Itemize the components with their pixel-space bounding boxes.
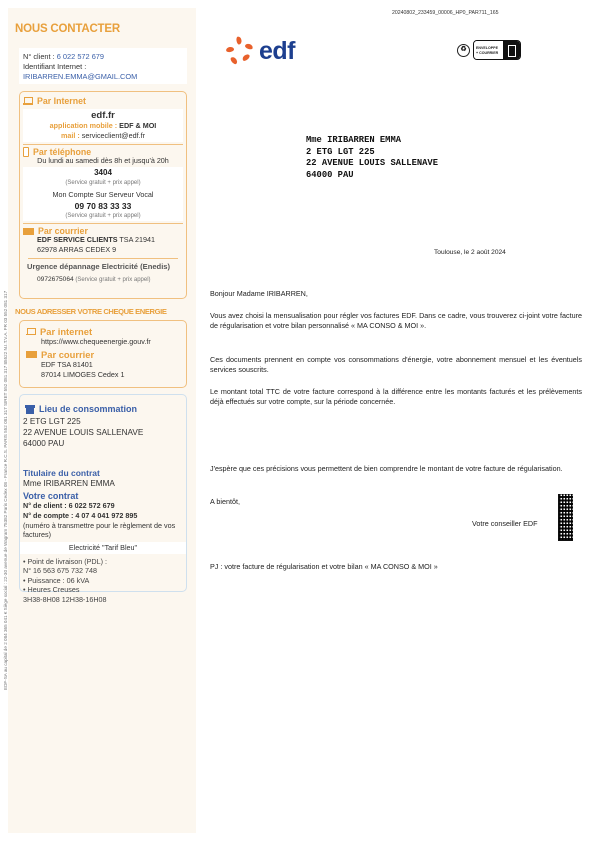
recycling-badge: ♻ ENVELOPPE+ COURRIER	[457, 40, 521, 60]
phone-note-2: (Service gratuit + prix appel)	[23, 212, 183, 221]
tariff-offer: Electricité "Tarif Bleu"	[20, 542, 186, 554]
courrier-tsa: TSA 21941	[118, 235, 155, 244]
pdl-value: N° 16 563 675 732 748	[23, 566, 183, 575]
pdl-label: • Point de livraison (PDL) :	[23, 557, 183, 566]
mail-link[interactable]: serviceclient@edf.fr	[82, 131, 145, 140]
par-internet-heading: Par Internet	[23, 96, 183, 106]
place-date: Toulouse, le 2 août 2024	[434, 249, 506, 256]
edf-logo: EDF	[225, 37, 295, 66]
mail-label: mail :	[61, 131, 82, 140]
internet-id-label: Identifiant Internet :	[23, 62, 183, 72]
cheque-energie-title: NOUS ADRESSER VOTRE CHEQUE ENERGIE	[15, 307, 167, 316]
app-name: EDF & MOI	[119, 121, 156, 130]
closing: A bientôt,	[210, 497, 582, 507]
recycle-text-1: ENVELOPPE	[476, 46, 501, 51]
courrier-recipient: EDF SERVICE CLIENTS	[37, 235, 118, 244]
phone-note-1: (Service gratuit + prix appel)	[23, 179, 183, 188]
laptop-icon	[23, 97, 33, 105]
urgence-number[interactable]: 0972675064	[37, 276, 74, 283]
internet-id: IRIBARREN.EMMA@GMAIL.COM	[23, 72, 183, 82]
attachment-note: PJ : votre facture de régularisation et …	[210, 562, 582, 572]
phone-hours: Du lundi au samedi dès 8h et jusqu'à 20h	[23, 156, 183, 166]
par-internet-title: Par Internet	[37, 96, 86, 106]
consommation-line-3: 64000 PAU	[23, 438, 183, 449]
contact-channels-box: Par Internet edf.fr application mobile :…	[19, 91, 187, 299]
house-icon	[25, 405, 35, 414]
cheque-courrier-line-1: EDF TSA 81401	[41, 360, 180, 370]
paragraph-1: Vous avez choisi la mensualisation pour …	[210, 311, 582, 331]
edf-logo-mark-icon	[225, 38, 255, 66]
cheque-courrier-heading: Par courrier	[26, 349, 180, 360]
paragraph-4: J'espère que ces précisions vous permett…	[210, 464, 582, 474]
client-info-box: N° client : 6 022 572 679 Identifiant In…	[19, 48, 187, 84]
recipient-line-2: 2 ETG LGT 225	[306, 147, 438, 159]
contract-info-box: Lieu de consommation 2 ETG LGT 225 22 AV…	[19, 394, 187, 592]
phone-number-vocal[interactable]: 09 70 83 33 33	[23, 201, 183, 212]
cheque-courrier-line-2: 87014 LIMOGES Cedex 1	[41, 370, 180, 380]
mail-icon	[23, 228, 34, 235]
phone-icon	[23, 147, 29, 157]
heures-creuses-value: 3H38-8H08 12H38-16H08	[23, 595, 183, 604]
edf-logo-text: EDF	[259, 37, 295, 66]
consommation-title: Lieu de consommation	[39, 404, 137, 414]
recipient-name: Mme IRIBARREN EMMA	[306, 135, 438, 147]
holder-name: Mme IRIBARREN EMMA	[23, 478, 183, 489]
cheque-internet-title: Par internet	[40, 326, 92, 337]
contract-client-number: N° de client : 6 022 572 679	[23, 501, 183, 511]
paragraph-3: Le montant total TTC de votre facture co…	[210, 387, 582, 407]
cheque-courrier-title: Par courrier	[41, 349, 94, 360]
recycle-bin-icon	[503, 41, 520, 59]
phone-number-primary[interactable]: 3404	[23, 167, 183, 179]
recipient-address: Mme IRIBARREN EMMA 2 ETG LGT 225 22 AVEN…	[306, 135, 438, 181]
client-number: 6 022 572 679	[57, 52, 104, 61]
recipient-line-4: 64000 PAU	[306, 170, 438, 182]
consommation-line-2: 22 AVENUE LOUIS SALLENAVE	[23, 427, 183, 438]
urgence-note: (Service gratuit + prix appel)	[74, 277, 151, 283]
app-label: application mobile :	[50, 121, 120, 130]
contact-title: NOUS CONTACTER	[15, 23, 120, 35]
cheque-url[interactable]: https://www.chequeenergie.gouv.fr	[26, 337, 180, 347]
cheque-energie-box: Par internet https://www.chequeenergie.g…	[19, 320, 187, 388]
laptop-icon	[26, 328, 36, 336]
contract-title: Votre contrat	[23, 491, 183, 501]
vocal-server-label: Mon Compte Sur Serveur Vocal	[23, 188, 183, 201]
website-link[interactable]: edf.fr	[23, 110, 183, 121]
paragraph-2: Ces documents prennent en compte vos con…	[210, 355, 582, 375]
holder-title: Titulaire du contrat	[23, 468, 183, 478]
mail-icon	[26, 351, 37, 358]
datamatrix-code	[558, 494, 573, 541]
cheque-internet-heading: Par internet	[26, 326, 180, 337]
urgence-title: Urgence dépannage Electricité (Enedis)	[23, 262, 183, 272]
contract-account-number: N° de compte : 4 07 4 041 972 895	[23, 511, 183, 521]
greeting: Bonjour Madame IRIBARREN,	[210, 289, 582, 299]
heures-creuses-label: • Heures Creuses	[23, 585, 183, 594]
document-reference: 20240802_233459_00006_HP0_PAR711_165	[392, 10, 499, 16]
recycle-icon: ♻	[457, 44, 470, 57]
client-number-label: N° client :	[23, 52, 57, 61]
signature: Votre conseiller EDF	[472, 519, 538, 528]
puissance: • Puissance : 06 kVA	[23, 576, 183, 585]
account-note: (numéro à transmettre pour le règlement …	[23, 521, 183, 539]
consommation-line-1: 2 ETG LGT 225	[23, 416, 183, 427]
courrier-city: 62978 ARRAS CEDEX 9	[37, 245, 183, 255]
recipient-line-3: 22 AVENUE LOUIS SALLENAVE	[306, 158, 438, 170]
recycle-text-2: + COURRIER	[476, 51, 501, 56]
